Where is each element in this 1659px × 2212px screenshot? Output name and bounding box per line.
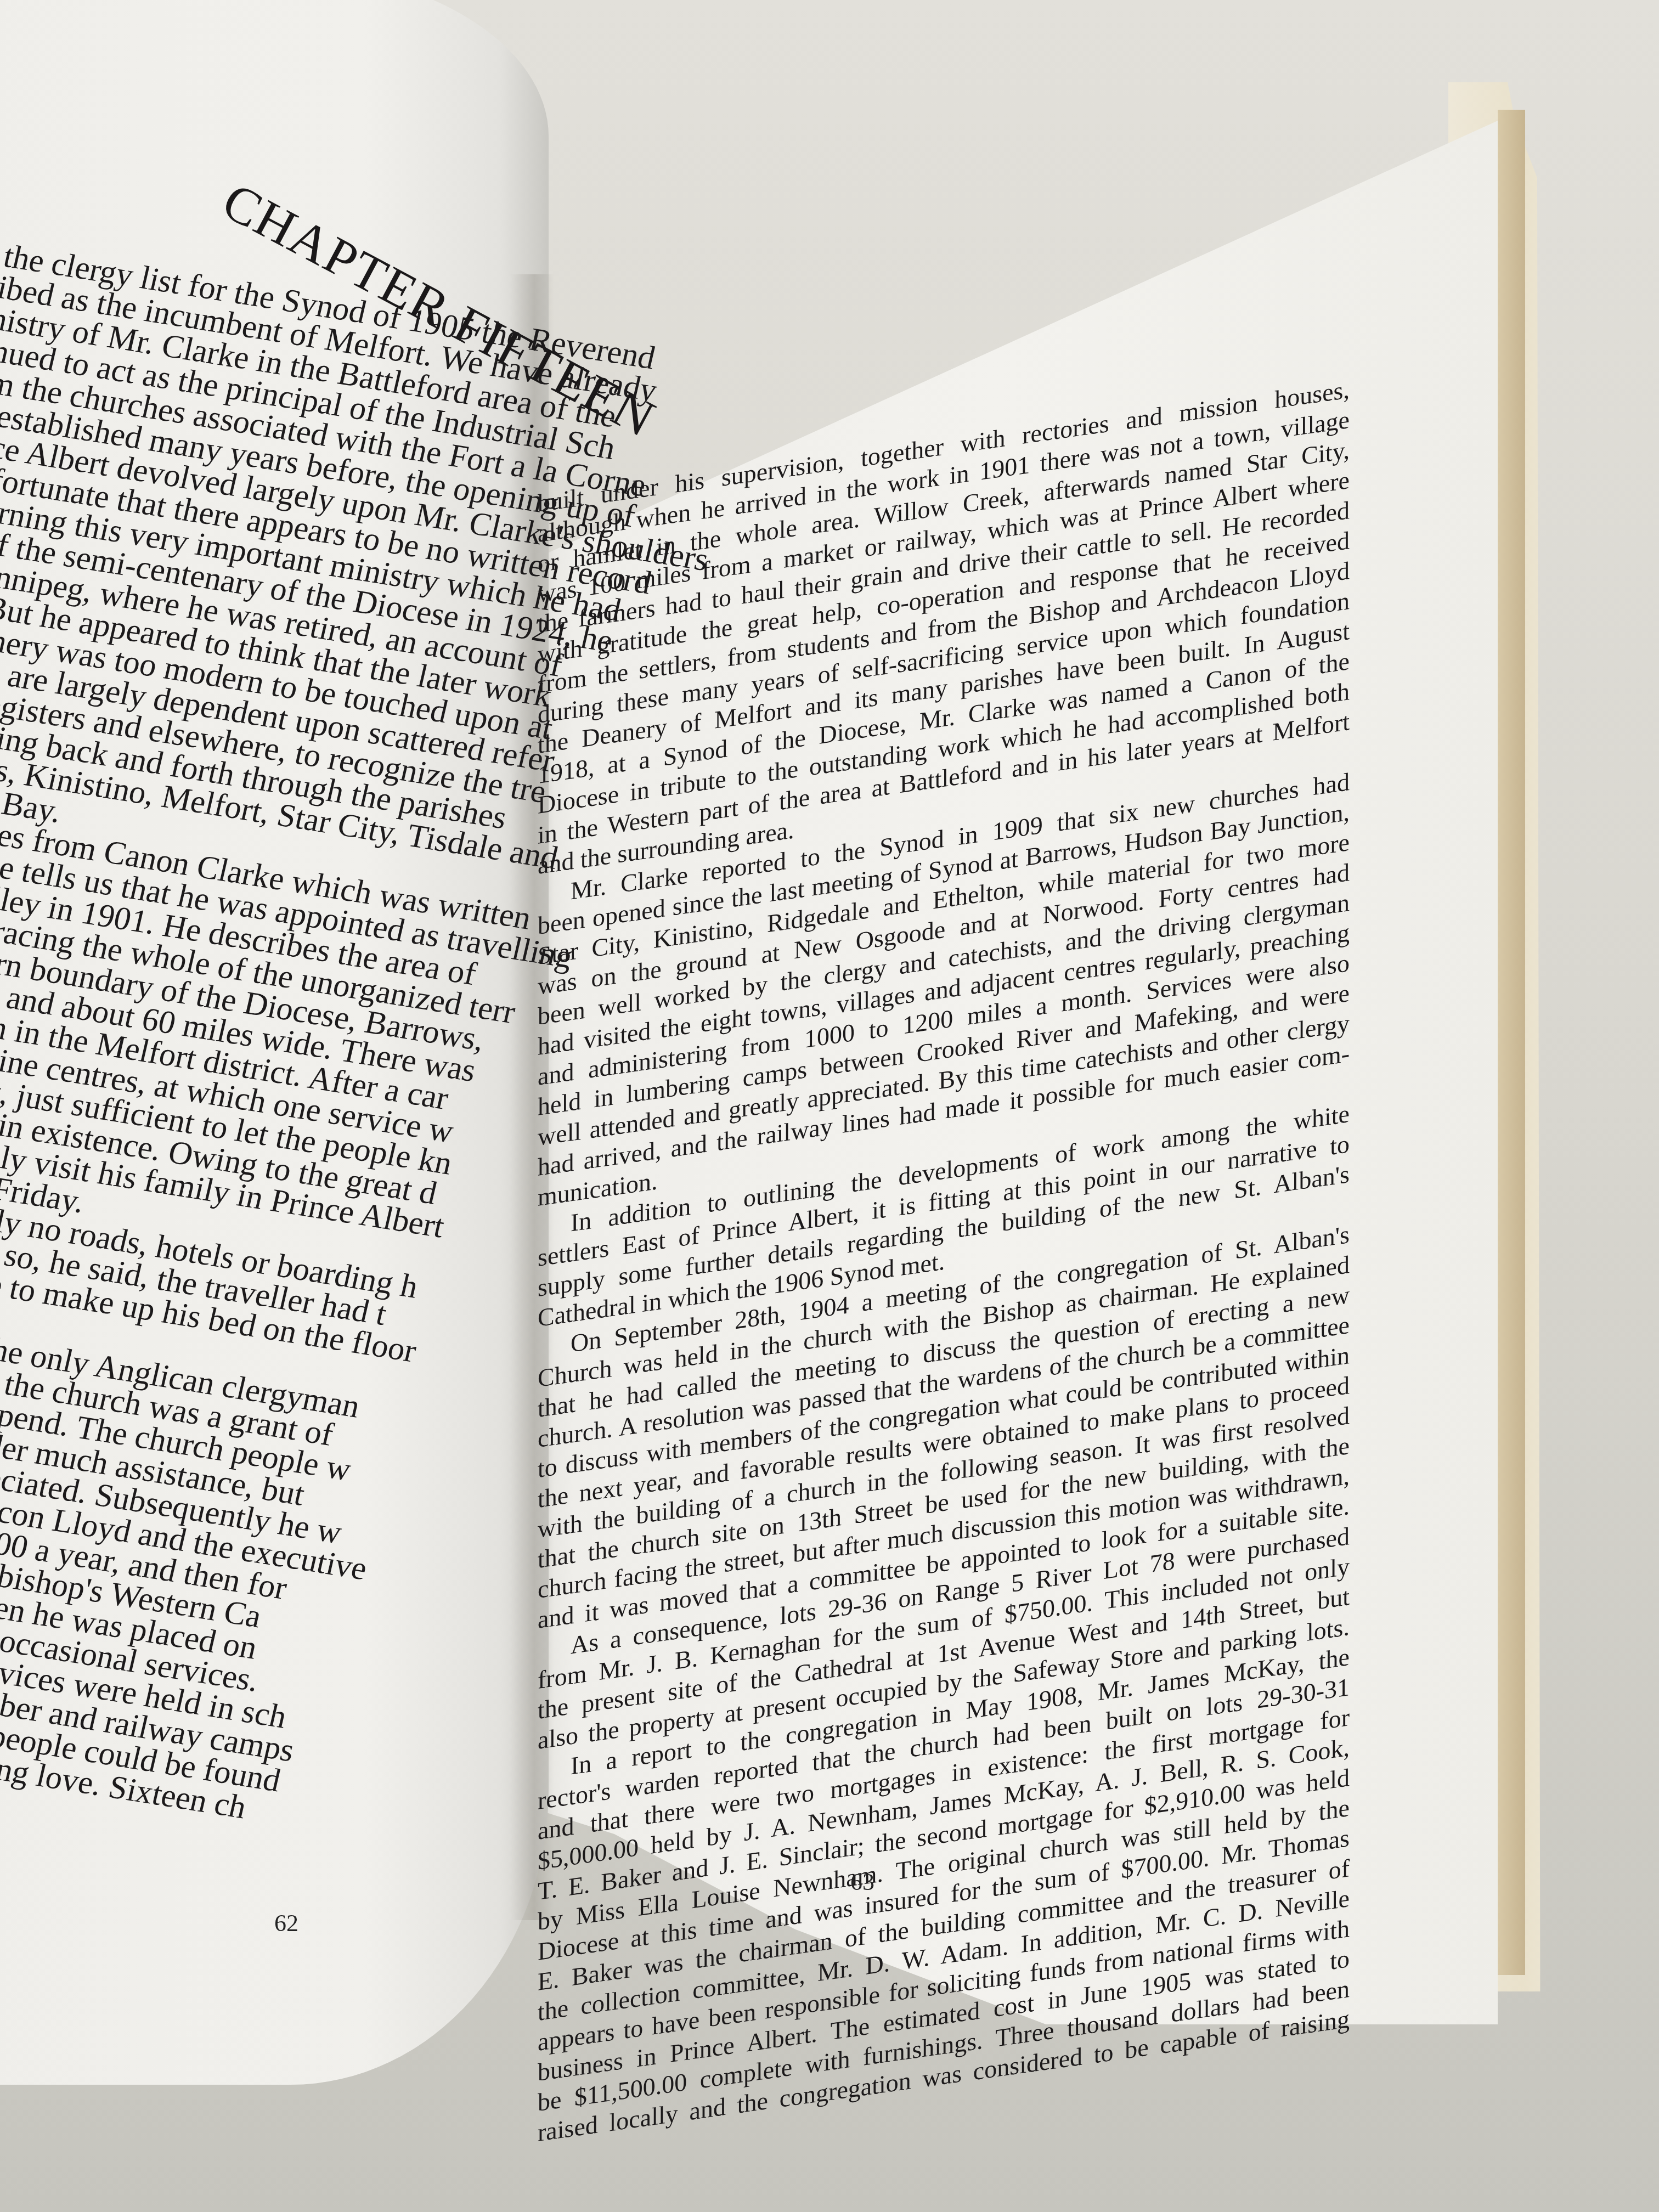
- book-edge-shadow: [1498, 110, 1525, 1975]
- page-number-left: 62: [274, 1909, 298, 1937]
- page-number-right: 63: [850, 1868, 874, 1896]
- right-page-text: built under his supervision, together wi…: [538, 374, 1350, 2148]
